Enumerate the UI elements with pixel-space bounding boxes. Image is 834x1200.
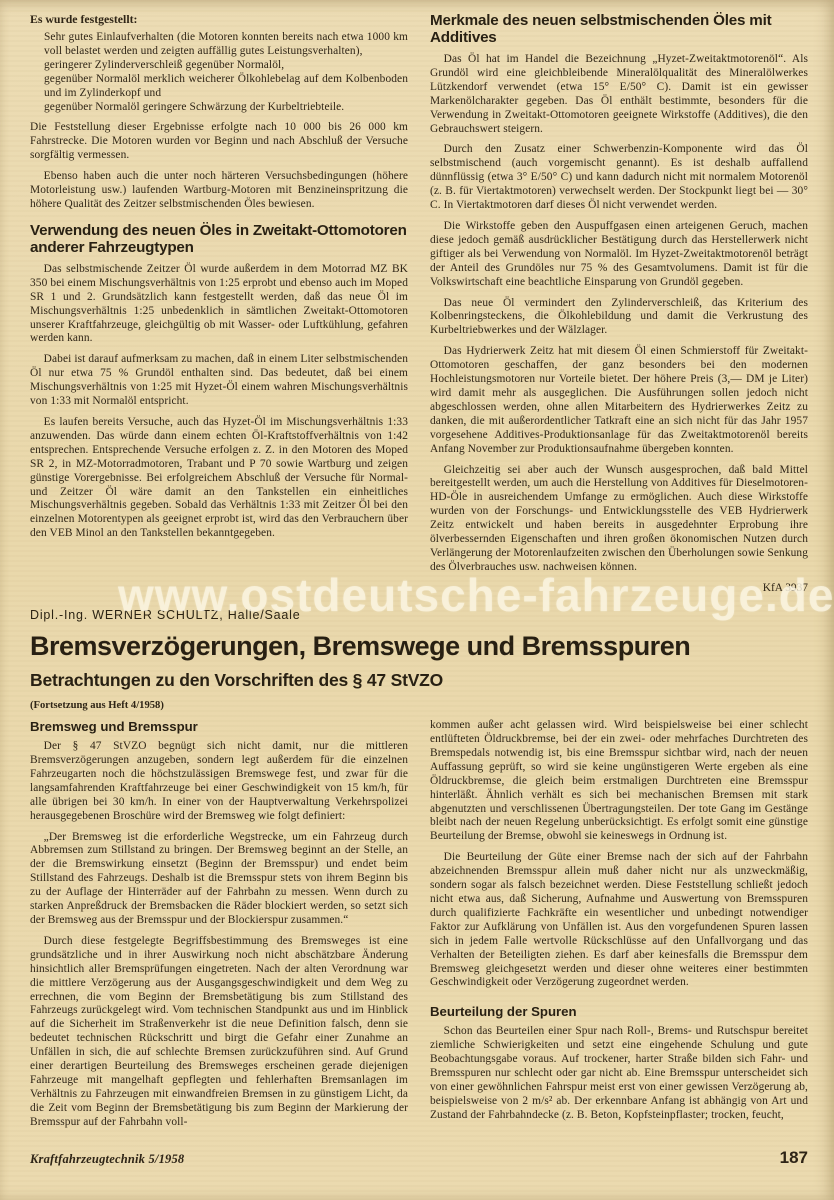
paragraph: Schon das Beurteilen einer Spur nach Rol…	[430, 1025, 808, 1122]
paragraph: kommen außer acht gelassen wird. Wird be…	[430, 719, 808, 844]
footer-journal-title: Kraftfahrzeugtechnik 5/1958	[30, 1152, 184, 1167]
article1-columns: Es wurde festgestellt: Sehr gutes Einlau…	[30, 12, 808, 594]
finding-item: gegenüber Normalöl geringere Schwärzung …	[44, 101, 408, 115]
article2-right-column: kommen außer acht gelassen wird. Wird be…	[430, 719, 808, 1130]
paragraph: Durch den Zusatz einer Schwerbenzin-Komp…	[430, 143, 808, 213]
findings-list: Sehr gutes Einlaufverhalten (die Motoren…	[44, 31, 408, 114]
article2-left-column: Bremsweg und Bremsspur Der § 47 StVZO be…	[30, 719, 408, 1130]
paragraph: Durch diese festgelegte Begriffsbestimmu…	[30, 935, 408, 1130]
paragraph: Der § 47 StVZO begnügt sich nicht damit,…	[30, 740, 408, 823]
finding-item: geringerer Zylinderverschleiß gegenüber …	[44, 59, 408, 73]
section-heading-bremsweg: Bremsweg und Bremsspur	[30, 719, 408, 734]
article1-left-column: Es wurde festgestellt: Sehr gutes Einlau…	[30, 12, 408, 594]
paragraph: Das Hydrierwerk Zeitz hat mit diesem Öl …	[430, 345, 808, 456]
paragraph: Das neue Öl vermindert den Zylinderversc…	[430, 297, 808, 339]
page-footer: Kraftfahrzeugtechnik 5/1958 187	[30, 1148, 808, 1168]
paragraph: Ebenso haben auch die unter noch härtere…	[30, 170, 408, 212]
finding-item: gegenüber Normalöl merklich weicherer Öl…	[44, 73, 408, 101]
paragraph: Gleichzeitig sei aber auch der Wunsch au…	[430, 464, 808, 575]
page-number: 187	[780, 1148, 808, 1168]
section-heading-beurteilung: Beurteilung der Spuren	[430, 1004, 808, 1019]
paragraph: Die Feststellung dieser Ergebnisse erfol…	[30, 121, 408, 163]
author-line: Dipl.-Ing. WERNER SCHULTZ, Halle/Saale	[30, 608, 808, 622]
paragraph: Dabei ist darauf aufmerksam zu machen, d…	[30, 353, 408, 409]
paragraph: Das Öl hat im Handel die Bezeichnung „Hy…	[430, 53, 808, 136]
finding-item: Sehr gutes Einlaufverhalten (die Motoren…	[44, 31, 408, 59]
continuation-note: (Fortsetzung aus Heft 4/1958)	[30, 700, 808, 711]
article2-header: Dipl.-Ing. WERNER SCHULTZ, Halle/Saale B…	[30, 608, 808, 711]
article2-subtitle: Betrachtungen zu den Vorschriften des § …	[30, 670, 808, 691]
magazine-page: Es wurde festgestellt: Sehr gutes Einlau…	[0, 0, 834, 1200]
paragraph: Das selbstmischende Zeitzer Öl wurde auß…	[30, 263, 408, 346]
article2-columns: Bremsweg und Bremsspur Der § 47 StVZO be…	[30, 719, 808, 1130]
section-heading-verwendung: Verwendung des neuen Öles in Zweitakt-Ot…	[30, 222, 408, 256]
paragraph: Es laufen bereits Versuche, auch das Hyz…	[30, 416, 408, 541]
article2-title: Bremsverzögerungen, Bremswege und Bremss…	[30, 632, 808, 660]
findings-intro: Es wurde festgestellt:	[30, 12, 408, 27]
section-heading-merkmale: Merkmale des neuen selbstmischenden Öles…	[430, 12, 808, 46]
article1-right-column: Merkmale des neuen selbstmischenden Öles…	[430, 12, 808, 594]
paragraph: Die Beurteilung der Güte einer Bremse na…	[430, 851, 808, 990]
paragraph: Die Wirkstoffe geben den Auspuffgasen ei…	[430, 220, 808, 290]
quote-paragraph: „Der Bremsweg ist die erforderliche Wegs…	[30, 831, 408, 928]
article-signature: KfA 3937	[430, 582, 808, 594]
